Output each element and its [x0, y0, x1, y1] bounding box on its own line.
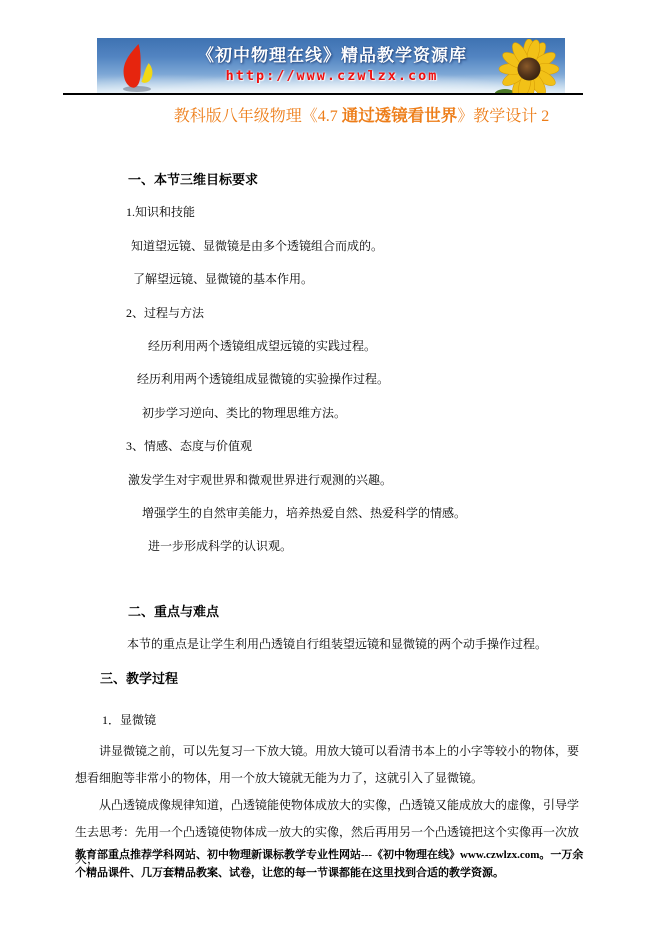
paragraph-microscope-intro: 讲显微镜之前，可以先复习一下放大镜。用放大镜可以看清书本上的小字等较小的物体，要…: [75, 738, 587, 792]
subheading-process-methods: 2、过程与方法: [126, 297, 587, 330]
list-item: 经历利用两个透镜组成望远镜的实践过程。: [148, 330, 587, 363]
subheading-emotion-values: 3、情感、态度与价值观: [126, 430, 587, 463]
list-item: 经历利用两个透镜组成显微镜的实验操作过程。: [137, 363, 587, 396]
banner-text-block: 《初中物理在线》精品教学资源库 http://www.czwlzx.com: [177, 45, 487, 84]
footer-text: 教育部重点推荐学科网站、初中物理新课标教学专业性网站---《初中物理在线》www…: [75, 849, 583, 879]
list-item: 增强学生的自然审美能力，培养热爱自然、热爱科学的情感。: [142, 497, 587, 530]
heading-teaching-process: 三、教学过程: [100, 662, 587, 695]
sunflower-icon: [495, 39, 559, 93]
footer-note: 教育部重点推荐学科网站、初中物理新课标教学专业性网站---《初中物理在线》www…: [75, 846, 587, 882]
site-url: http://www.czwlzx.com: [177, 68, 487, 84]
flame-logo-icon: [115, 43, 159, 93]
list-item: 进一步形成科学的认识观。: [148, 530, 587, 563]
title-emphasis: 通过透镜看世界: [342, 106, 458, 125]
document-title: 教科版八年级物理《4.7 通过透镜看世界》教学设计 2: [0, 102, 661, 126]
header-divider: [63, 93, 583, 95]
list-item: 了解望远镜、显微镜的基本作用。: [133, 263, 587, 296]
list-item: 知道望远镜、显微镜是由多个透镜组合而成的。: [131, 230, 587, 263]
site-banner-image: 《初中物理在线》精品教学资源库 http://www.czwlzx.com: [97, 38, 565, 93]
key-point-text: 本节的重点是让学生利用凸透镜自行组装望远镜和显微镜的两个动手操作过程。: [127, 628, 587, 661]
list-item: 初步学习逆向、类比的物理思维方法。: [142, 397, 587, 430]
title-prefix: 教科版八年级物理《4.7: [174, 108, 342, 125]
heading-goals: 一、本节三维目标要求: [128, 163, 587, 196]
title-suffix: 》教学设计 2: [457, 108, 549, 125]
site-title: 《初中物理在线》精品教学资源库: [177, 45, 487, 67]
heading-key-difficult-points: 二、重点与难点: [128, 595, 587, 628]
document-page: 《初中物理在线》精品教学资源库 http://www.czwlzx.com: [0, 0, 661, 936]
subheading-microscope: 1．显微镜: [102, 704, 587, 737]
document-body: 一、本节三维目标要求 1.知识和技能 知道望远镜、显微镜是由多个透镜组合而成的。…: [75, 163, 587, 873]
list-item: 激发学生对宇观世界和微观世界进行观测的兴趣。: [128, 464, 587, 497]
subheading-knowledge-skills: 1.知识和技能: [126, 196, 587, 229]
